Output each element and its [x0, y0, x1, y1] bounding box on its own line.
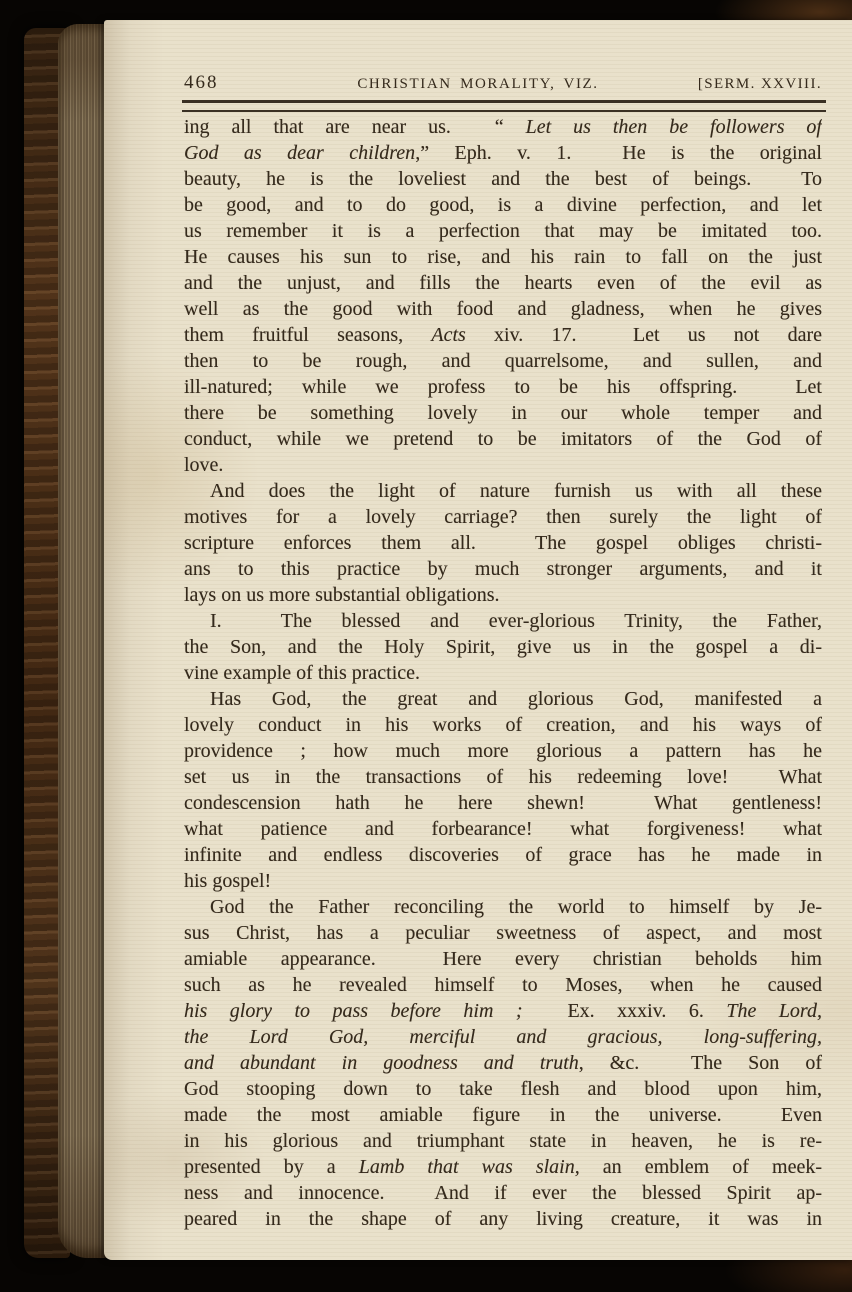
book-page: 468 CHRISTIAN MORALITY, VIZ. [SERM. XXVI…	[104, 20, 852, 1260]
text-segment: lovely conduct in his works of creation,…	[184, 714, 822, 736]
text-segment: made the most amiable figure in the univ…	[184, 1104, 822, 1126]
text-line: sus Christ, has a peculiar sweetness of …	[184, 920, 822, 946]
text-line: scripture enforces them all. The gospel …	[184, 530, 822, 556]
text-segment: motives for a lovely carriage? then sure…	[184, 506, 822, 528]
italic-text-segment: the Lord God, merciful and gracious, lon…	[184, 1026, 822, 1048]
text-line: ill-natured; while we profess to be his …	[184, 374, 822, 400]
italic-text-segment: and abundant in goodness and truth	[184, 1052, 579, 1074]
text-line: beauty, he is the loveliest and the best…	[184, 166, 822, 192]
text-line: the Lord God, merciful and gracious, lon…	[184, 1024, 822, 1050]
text-segment: vine example of this practice.	[184, 662, 420, 684]
text-line: his glory to pass before him ; Ex. xxxiv…	[184, 998, 822, 1024]
text-segment: He causes his sun to rise, and his rain …	[184, 246, 822, 268]
text-line: and the unjust, and fills the hearts eve…	[184, 270, 822, 296]
text-segment: , &c. The Son of	[579, 1052, 822, 1074]
text-segment: what patience and forbearance! what forg…	[184, 818, 822, 840]
text-segment: providence ; how much more glorious a pa…	[184, 740, 822, 762]
text-line: made the most amiable figure in the univ…	[184, 1102, 822, 1128]
text-segment: conduct, while we pretend to be imitator…	[184, 428, 822, 450]
text-segment: such as he revealed himself to Moses, wh…	[184, 974, 822, 996]
text-line: And does the light of nature furnish us …	[184, 478, 822, 504]
text-segment: Ex. xxxiv. 6.	[523, 1000, 727, 1022]
text-line: peared in the shape of any living creatu…	[184, 1206, 822, 1232]
text-line: then to be rough, and quarrelsome, and s…	[184, 348, 822, 374]
text-line: I. The blessed and ever-glorious Trinity…	[184, 608, 822, 634]
text-line: God as dear children,” Eph. v. 1. He is …	[184, 140, 822, 166]
body-text: ing all that are near us. “ Let us then …	[184, 114, 822, 1232]
running-title: CHRISTIAN MORALITY, VIZ.	[304, 76, 652, 93]
page-number: 468	[184, 72, 304, 94]
text-segment: condescension hath he here shewn! What g…	[184, 792, 822, 814]
text-segment: scripture enforces them all. The gospel …	[184, 532, 822, 554]
text-line: love.	[184, 452, 822, 478]
text-line: his gospel!	[184, 868, 822, 894]
italic-text-segment: The Lord,	[726, 1000, 822, 1022]
text-segment: be good, and to do good, is a divine per…	[184, 194, 822, 216]
text-line: well as the good with food and gladness,…	[184, 296, 822, 322]
text-segment: amiable appearance. Here every christian…	[184, 948, 822, 970]
text-segment: an emblem of meek-	[580, 1156, 822, 1178]
text-line: lovely conduct in his works of creation,…	[184, 712, 822, 738]
text-segment: God the Father reconciling the world to …	[210, 896, 822, 918]
text-line: presented by a Lamb that was slain, an e…	[184, 1154, 822, 1180]
text-segment: presented by a	[184, 1156, 359, 1178]
text-segment: ing all that are near us. “	[184, 116, 526, 138]
text-segment: in his glorious and triumphant state in …	[184, 1130, 822, 1152]
text-line: condescension hath he here shewn! What g…	[184, 790, 822, 816]
text-segment: ill-natured; while we profess to be his …	[184, 376, 822, 398]
text-line: Has God, the great and glorious God, man…	[184, 686, 822, 712]
italic-text-segment: his glory to pass before him ;	[184, 1000, 523, 1022]
text-line: such as he revealed himself to Moses, wh…	[184, 972, 822, 998]
text-segment: love.	[184, 454, 223, 476]
italic-text-segment: Let us then be followers of	[526, 116, 822, 138]
text-line: ness and innocence. And if ever the bles…	[184, 1180, 822, 1206]
sermon-number-label: [SERM. XXVIII.	[652, 76, 822, 93]
text-line: infinite and endless discoveries of grac…	[184, 842, 822, 868]
text-segment: the Son, and the Holy Spirit, give us in…	[184, 636, 822, 658]
text-line: in his glorious and triumphant state in …	[184, 1128, 822, 1154]
italic-text-segment: Lamb that was slain,	[359, 1156, 580, 1178]
text-segment: God stooping down to take flesh and bloo…	[184, 1078, 822, 1100]
text-segment: peared in the shape of any living creatu…	[184, 1208, 822, 1230]
text-segment: beauty, he is the loveliest and the best…	[184, 168, 822, 190]
italic-text-segment: Acts	[431, 324, 465, 346]
text-line: He causes his sun to rise, and his rain …	[184, 244, 822, 270]
text-line: us remember it is a perfection that may …	[184, 218, 822, 244]
page-header: 468 CHRISTIAN MORALITY, VIZ. [SERM. XXVI…	[184, 72, 822, 96]
header-double-rule	[182, 100, 826, 112]
text-segment: xiv. 17. Let us not dare	[466, 324, 822, 346]
text-segment: ans to this practice by much stronger ar…	[184, 558, 822, 580]
text-line: what patience and forbearance! what forg…	[184, 816, 822, 842]
text-segment: lays on us more substantial obligations.	[184, 584, 500, 606]
text-segment: and the unjust, and fills the hearts eve…	[184, 272, 822, 294]
text-line: motives for a lovely carriage? then sure…	[184, 504, 822, 530]
text-line: God stooping down to take flesh and bloo…	[184, 1076, 822, 1102]
text-segment: well as the good with food and gladness,…	[184, 298, 822, 320]
text-segment: set us in the transactions of his redeem…	[184, 766, 822, 788]
text-segment: infinite and endless discoveries of grac…	[184, 844, 822, 866]
text-segment: his gospel!	[184, 870, 271, 892]
italic-text-segment: God as dear children	[184, 142, 415, 164]
text-line: conduct, while we pretend to be imitator…	[184, 426, 822, 452]
text-segment: sus Christ, has a peculiar sweetness of …	[184, 922, 822, 944]
text-line: there be something lovely in our whole t…	[184, 400, 822, 426]
text-line: and abundant in goodness and truth, &c. …	[184, 1050, 822, 1076]
text-line: providence ; how much more glorious a pa…	[184, 738, 822, 764]
text-line: be good, and to do good, is a divine per…	[184, 192, 822, 218]
text-segment: there be something lovely in our whole t…	[184, 402, 822, 424]
text-line: lays on us more substantial obligations.	[184, 582, 822, 608]
text-line: ans to this practice by much stronger ar…	[184, 556, 822, 582]
text-segment: I. The blessed and ever-glorious Trinity…	[210, 610, 822, 632]
text-segment: ness and innocence. And if ever the bles…	[184, 1182, 822, 1204]
text-line: ing all that are near us. “ Let us then …	[184, 114, 822, 140]
text-segment: then to be rough, and quarrelsome, and s…	[184, 350, 822, 372]
text-segment: them fruitful seasons,	[184, 324, 431, 346]
text-line: amiable appearance. Here every christian…	[184, 946, 822, 972]
text-line: vine example of this practice.	[184, 660, 822, 686]
text-line: the Son, and the Holy Spirit, give us in…	[184, 634, 822, 660]
text-segment: Has God, the great and glorious God, man…	[210, 688, 822, 710]
text-segment: us remember it is a perfection that may …	[184, 220, 822, 242]
text-line: them fruitful seasons, Acts xiv. 17. Let…	[184, 322, 822, 348]
scanned-book-photo: { "palette": { "backdrop": "#070503", "l…	[0, 0, 852, 1292]
text-segment: And does the light of nature furnish us …	[210, 480, 822, 502]
text-line: God the Father reconciling the world to …	[184, 894, 822, 920]
text-line: set us in the transactions of his redeem…	[184, 764, 822, 790]
text-segment: ,” Eph. v. 1. He is the original	[415, 142, 822, 164]
